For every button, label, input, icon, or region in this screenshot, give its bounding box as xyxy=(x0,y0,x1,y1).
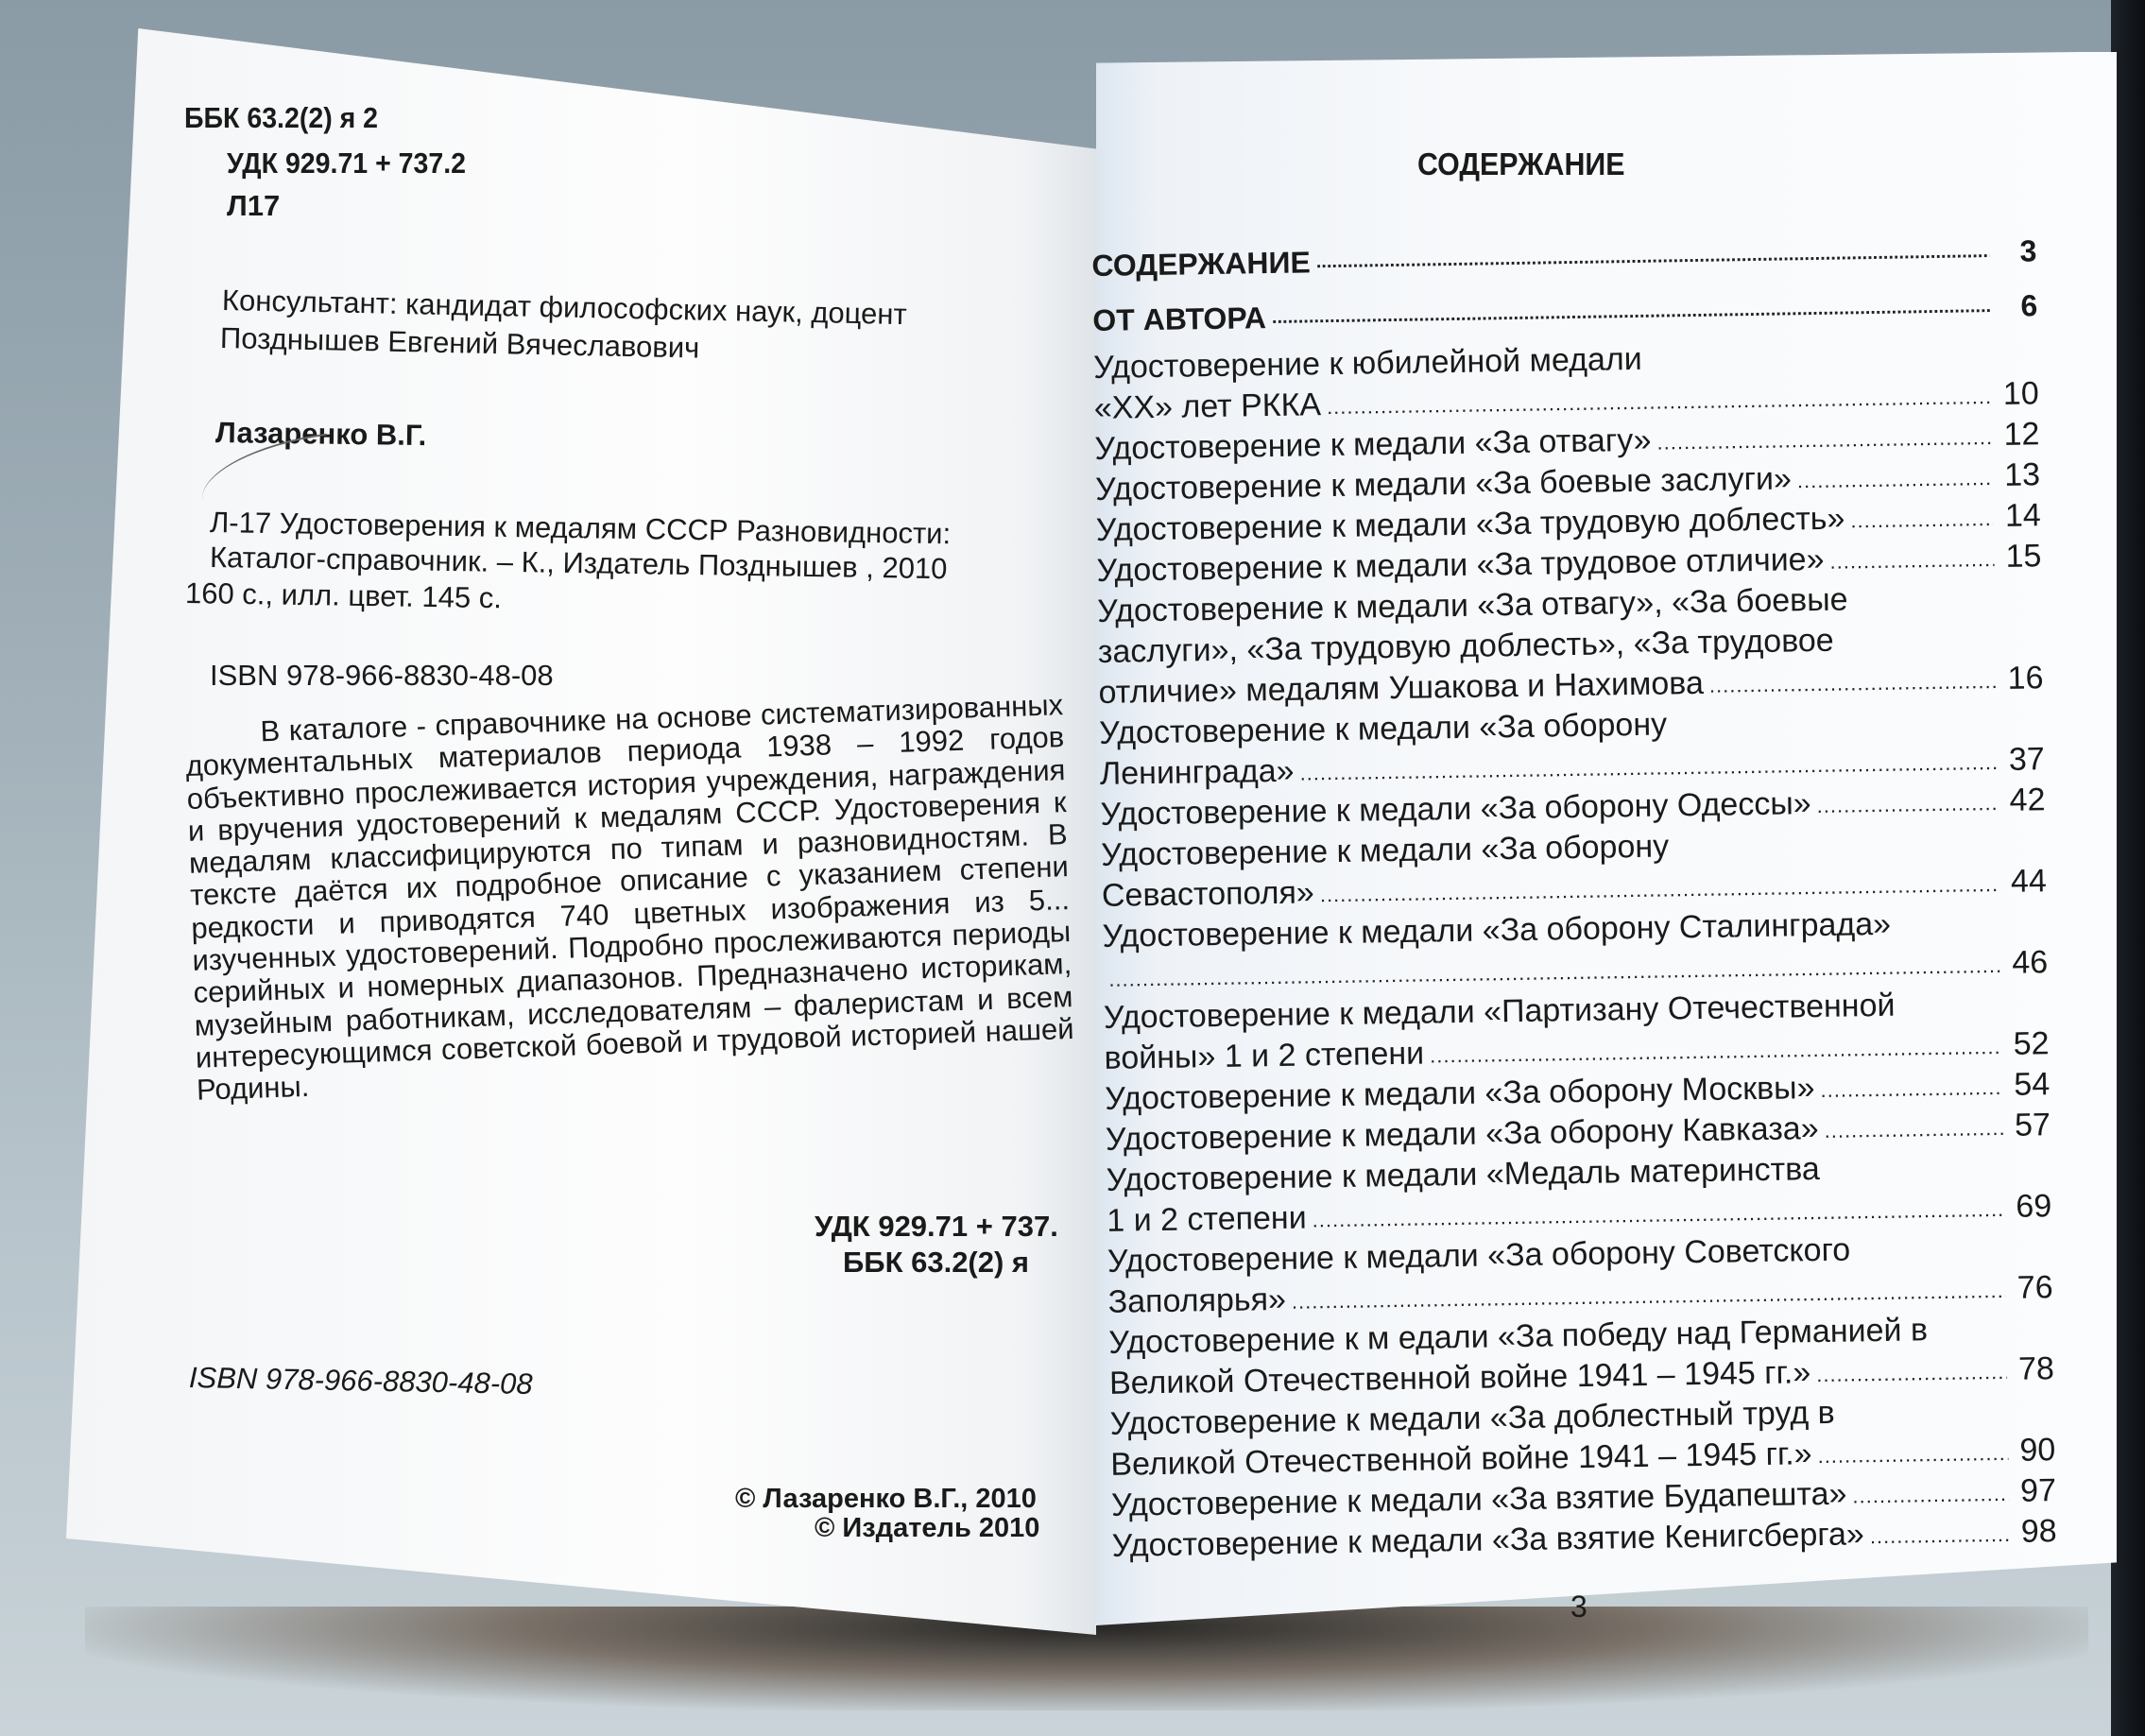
toc-entry-page: 46 xyxy=(2006,942,2049,984)
toc-leader-dots: ........................................… xyxy=(1820,1077,2002,1101)
toc-entry-page: 98 xyxy=(2015,1511,2057,1553)
toc-entry-label: ОТ АВТОРА xyxy=(1092,290,1266,348)
toc-leader-dots: ........................................… xyxy=(1817,793,1999,816)
toc-entry-page: 90 xyxy=(2014,1430,2056,1471)
toc-entry-label: СОДЕРЖАНИЕ xyxy=(1091,234,1311,293)
toc-entry-page: 52 xyxy=(2007,1023,2050,1065)
bbk-footer: ББК 63.2(2) я xyxy=(843,1246,1029,1280)
toc-leader-dots: ........................................… xyxy=(1850,508,1994,531)
toc-leader-dots: ........................................… xyxy=(1817,1443,2008,1467)
toc-entry-page: 16 xyxy=(2001,658,2044,699)
toc-entry-page: 78 xyxy=(2013,1349,2055,1390)
toc-entry-label: Ленинграда» xyxy=(1100,751,1295,795)
toc-entry-page: 37 xyxy=(2002,739,2045,781)
isbn-footer: ISBN 978-966-8830-48-08 xyxy=(189,1361,533,1401)
toc-leader-dots: ........................................… xyxy=(1430,1037,2002,1067)
toc-entry-page: 6 xyxy=(1996,278,2038,334)
toc-entry-label: «XX» лет РККА xyxy=(1093,385,1321,429)
udk-code: УДК 929.71 + 737.2 xyxy=(227,146,466,180)
catalog-code: Л17 xyxy=(227,189,280,223)
toc-entry-page: 15 xyxy=(1999,536,2042,577)
toc-entry-page: 3 xyxy=(1995,223,2037,279)
toc-leader-dots: ........................................… xyxy=(1316,241,1990,272)
toc-leader-dots: ........................................… xyxy=(1829,549,1994,573)
toc-leader-dots: ........................................… xyxy=(1313,1199,2005,1231)
toc-entry-page: 42 xyxy=(2003,780,2046,821)
table-of-contents: СОДЕРЖАНИЕ..............................… xyxy=(1091,223,2057,1567)
toc-entry-label: Севастополя» xyxy=(1102,872,1315,917)
toc-entry-page: 14 xyxy=(1999,495,2041,537)
toc-entry-page: 10 xyxy=(1997,373,2039,415)
abstract-paragraph: В каталоге - справочнике на основе систе… xyxy=(184,689,1075,1107)
toc-entry-label: 1 и 2 степени xyxy=(1107,1198,1307,1242)
toc-leader-dots: ........................................… xyxy=(1852,1484,2009,1507)
toc-leader-dots: ........................................… xyxy=(1299,752,1998,784)
bibliographic-description-3: 160 с., илл. цвет. 145 с. xyxy=(185,576,502,615)
toc-entry-page: 57 xyxy=(2009,1105,2051,1146)
toc-entry-page: 97 xyxy=(2015,1470,2057,1512)
toc-leader-dots: ........................................… xyxy=(1797,468,1994,491)
toc-leader-dots: ........................................… xyxy=(1870,1524,2010,1547)
toc-title: СОДЕРЖАНИЕ xyxy=(1417,146,1624,182)
toc-leader-dots: ........................................… xyxy=(1656,427,1992,454)
copyright-publisher: © Издатель 2010 xyxy=(815,1513,1039,1544)
toc-entry-page: 12 xyxy=(1998,414,2040,455)
toc-entry-page: 76 xyxy=(2011,1267,2053,1309)
udk-footer: УДК 929.71 + 737. xyxy=(815,1210,1058,1244)
bbk-code: ББК 63.2(2) я 2 xyxy=(184,101,378,135)
toc-leader-dots: ........................................… xyxy=(1272,296,1991,328)
toc-entry-page: 69 xyxy=(2010,1186,2052,1228)
toc-entry-page: 54 xyxy=(2008,1064,2051,1106)
toc-leader-dots: ........................................… xyxy=(1320,874,1999,905)
copyright-author: © Лазаренко В.Г., 2010 xyxy=(735,1484,1037,1515)
toc-leader-dots: ........................................… xyxy=(1709,671,1997,696)
toc-leader-dots: ........................................… xyxy=(1816,1362,2007,1385)
toc-leader-dots: ........................................… xyxy=(1292,1281,2006,1313)
toc-entry-label: Заполярья» xyxy=(1107,1280,1286,1323)
toc-entry-page: 13 xyxy=(1999,455,2041,496)
page-number: 3 xyxy=(1570,1590,1587,1624)
isbn: ISBN 978-966-8830-48-08 xyxy=(210,659,554,693)
toc-leader-dots: ........................................… xyxy=(1824,1118,2003,1142)
toc-leader-dots: ........................................… xyxy=(1327,387,1992,418)
toc-entry-label: войны» 1 и 2 степени xyxy=(1104,1034,1424,1079)
toc-entry-page: 44 xyxy=(2004,861,2047,902)
